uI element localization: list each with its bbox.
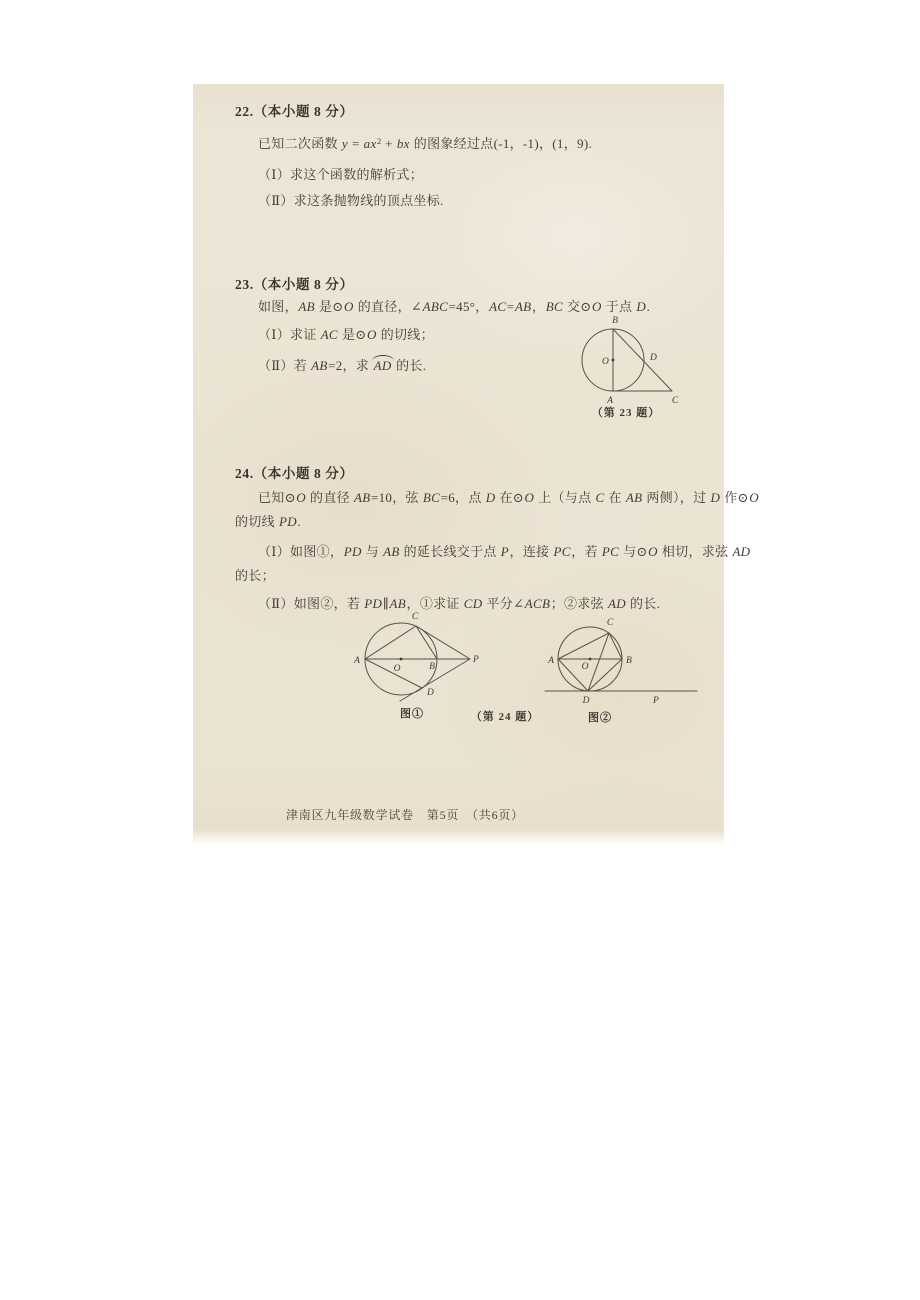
- text-segment: PD: [364, 596, 383, 611]
- text-segment: 的长.: [626, 596, 660, 611]
- q24-part1-line1: （Ⅰ）如图①，PD 与 AB 的延长线交于点 P，连接 PC，若 PC 与⊙O …: [258, 544, 751, 560]
- text-segment: D: [710, 490, 721, 505]
- text-segment: PC: [601, 544, 619, 559]
- text-segment: PC: [553, 544, 571, 559]
- q24f2-label-P: P: [652, 696, 659, 706]
- q24-figure-1: A O B P C D 图①: [340, 610, 480, 725]
- q24f1-label-O: O: [394, 664, 401, 674]
- q24f1-caption: 图①: [400, 706, 424, 720]
- q22-part1-line: （Ⅰ）求这个函数的解析式；: [258, 167, 423, 183]
- text-segment: AC: [320, 327, 338, 342]
- text-segment: （Ⅰ）求证: [258, 327, 320, 342]
- text-segment: 的长；: [235, 568, 275, 583]
- text-segment: （Ⅱ）若: [258, 358, 311, 373]
- text-segment: AB: [354, 490, 371, 505]
- q24f2-label-O: O: [582, 662, 589, 672]
- text-segment: 已知二次函数: [258, 136, 341, 151]
- text-segment: 上（与点: [535, 490, 595, 505]
- q24f1-tangent-CP: [416, 626, 470, 659]
- text-segment: ABC: [422, 299, 448, 314]
- q23-part1-line: （Ⅰ）求证 AC 是⊙O 的切线；: [258, 327, 434, 343]
- text-segment: ，连接: [510, 544, 553, 559]
- text-segment: =45°，: [449, 299, 489, 314]
- q24f1-chord-CB: [416, 626, 437, 659]
- text-segment: 的长.: [393, 358, 427, 373]
- text-segment: 的图象经过点(-1，-1)，(1，9).: [410, 136, 592, 151]
- text-segment: 平分∠: [483, 596, 524, 611]
- q22-intro-line: 已知二次函数 y = ax2 + bx 的图象经过点(-1，-1)，(1，9).: [258, 133, 592, 152]
- q24f2-caption: 图②: [588, 710, 612, 724]
- text-segment: O: [524, 490, 535, 505]
- text-segment: 与: [362, 544, 382, 559]
- text-segment: ；②求弦: [551, 596, 608, 611]
- q22-part2-line: （Ⅱ）求这条抛物线的顶点坐标.: [258, 193, 444, 209]
- text-segment: bx: [396, 136, 410, 151]
- text-segment: 的直径，∠: [354, 299, 422, 314]
- text-segment: 的直径: [307, 490, 354, 505]
- q24f1-label-B: B: [429, 662, 435, 672]
- q23-center-dot: [612, 359, 615, 362]
- q23-label-C: C: [672, 396, 679, 406]
- q23-line-BC: [613, 329, 672, 391]
- q24f2-center-dot: [589, 658, 592, 661]
- text-segment: BC: [422, 490, 440, 505]
- q23-label-O: O: [602, 357, 609, 367]
- q24f1-label-C: C: [412, 612, 419, 622]
- text-segment: AD: [608, 596, 627, 611]
- page-footer: 津南区九年级数学试卷 第5页 （共6页）: [255, 806, 555, 823]
- text-segment: O: [749, 490, 760, 505]
- q24f1-center-dot: [400, 658, 403, 661]
- text-segment: 与⊙: [620, 544, 648, 559]
- text-segment: C: [595, 490, 605, 505]
- text-segment: （Ⅰ）求这个函数的解析式；: [258, 167, 423, 182]
- text-segment: ACB: [524, 596, 550, 611]
- q22-header: 22.（本小题 8 分）: [235, 104, 354, 120]
- text-segment: O: [366, 327, 377, 342]
- text-segment: （Ⅱ）求这条抛物线的顶点坐标.: [258, 193, 444, 208]
- q24-figures-caption: （第 24 题）: [465, 708, 545, 724]
- text-segment: AB: [514, 299, 531, 314]
- text-segment: =2，求: [328, 358, 373, 373]
- text-segment: AB: [625, 490, 642, 505]
- q23-circle-figure: B A C D O （第 23 题）: [558, 310, 703, 428]
- text-segment: D: [485, 490, 496, 505]
- q24-intro-line2: 的切线 PD.: [235, 514, 301, 530]
- q24-header: 24.（本小题 8 分）: [235, 466, 354, 482]
- q24f2-label-A: A: [547, 656, 554, 666]
- q24f2-chord-DB: [588, 659, 622, 691]
- text-segment: ，若: [571, 544, 601, 559]
- text-segment: 相切，求弦: [658, 544, 732, 559]
- text-segment: PD: [278, 514, 297, 529]
- text-segment: 的切线；: [377, 327, 434, 342]
- text-segment: 已知⊙: [258, 490, 296, 505]
- text-segment: =: [348, 136, 363, 151]
- q23-label-B: B: [612, 316, 618, 326]
- text-segment: CD: [463, 596, 483, 611]
- text-segment: 是⊙: [338, 327, 366, 342]
- q24-figure-2: A B C O D P 图②: [540, 612, 705, 727]
- text-segment: ，①求证: [407, 596, 464, 611]
- text-segment: O: [343, 299, 354, 314]
- q23-label-D: D: [649, 353, 657, 363]
- text-segment: （Ⅰ）如图①，: [258, 544, 343, 559]
- q23-header: 23.（本小题 8 分）: [235, 277, 354, 293]
- text-segment: 在: [605, 490, 625, 505]
- text-segment: P: [500, 544, 509, 559]
- text-segment: AB: [311, 358, 328, 373]
- text-segment: AD: [373, 358, 393, 374]
- text-segment: PD: [343, 544, 362, 559]
- q24f1-label-P: P: [472, 655, 479, 665]
- q24f1-chord-AC: [365, 626, 416, 659]
- text-segment: AB: [389, 596, 406, 611]
- q24f2-chord-CB: [609, 633, 622, 659]
- text-segment: ax: [363, 136, 377, 151]
- q24f1-tangent-PD: [400, 659, 470, 701]
- text-segment: =6，点: [441, 490, 486, 505]
- text-segment: 的切线: [235, 514, 278, 529]
- q23-figure-caption: （第 23 题）: [592, 405, 661, 419]
- text-segment: +: [382, 136, 397, 151]
- text-segment: AD: [732, 544, 751, 559]
- text-segment: 作⊙: [721, 490, 749, 505]
- q24f1-label-D: D: [426, 688, 434, 698]
- q24-intro-line1: 已知⊙O 的直径 AB=10，弦 BC=6，点 D 在⊙O 上（与点 C 在 A…: [258, 490, 759, 506]
- text-segment: 是⊙: [315, 299, 343, 314]
- q23-part2-line: （Ⅱ）若 AB=2，求 AD 的长.: [258, 358, 426, 374]
- text-segment: 在⊙: [496, 490, 524, 505]
- text-segment: 的延长线交于点: [400, 544, 500, 559]
- q24f2-label-D: D: [582, 696, 590, 706]
- q24-part1-line2: 的长；: [235, 568, 275, 584]
- text-segment: .: [297, 514, 301, 529]
- text-segment: AC: [489, 299, 507, 314]
- q23-label-A: A: [606, 396, 613, 406]
- text-segment: 如图，: [258, 299, 298, 314]
- text-segment: （Ⅱ）如图②，若: [258, 596, 364, 611]
- q24f1-label-A: A: [353, 656, 360, 666]
- text-segment: AB: [298, 299, 315, 314]
- text-segment: AB: [383, 544, 400, 559]
- q24f2-label-B: B: [626, 656, 632, 666]
- text-segment: ，: [532, 299, 545, 314]
- text-segment: O: [296, 490, 307, 505]
- text-segment: 两侧），过: [643, 490, 710, 505]
- text-segment: O: [648, 544, 659, 559]
- scanned-exam-page: 22.（本小题 8 分） 已知二次函数 y = ax2 + bx 的图象经过点(…: [193, 84, 724, 844]
- text-segment: =10，弦: [371, 490, 422, 505]
- q24f2-label-C: C: [607, 618, 614, 628]
